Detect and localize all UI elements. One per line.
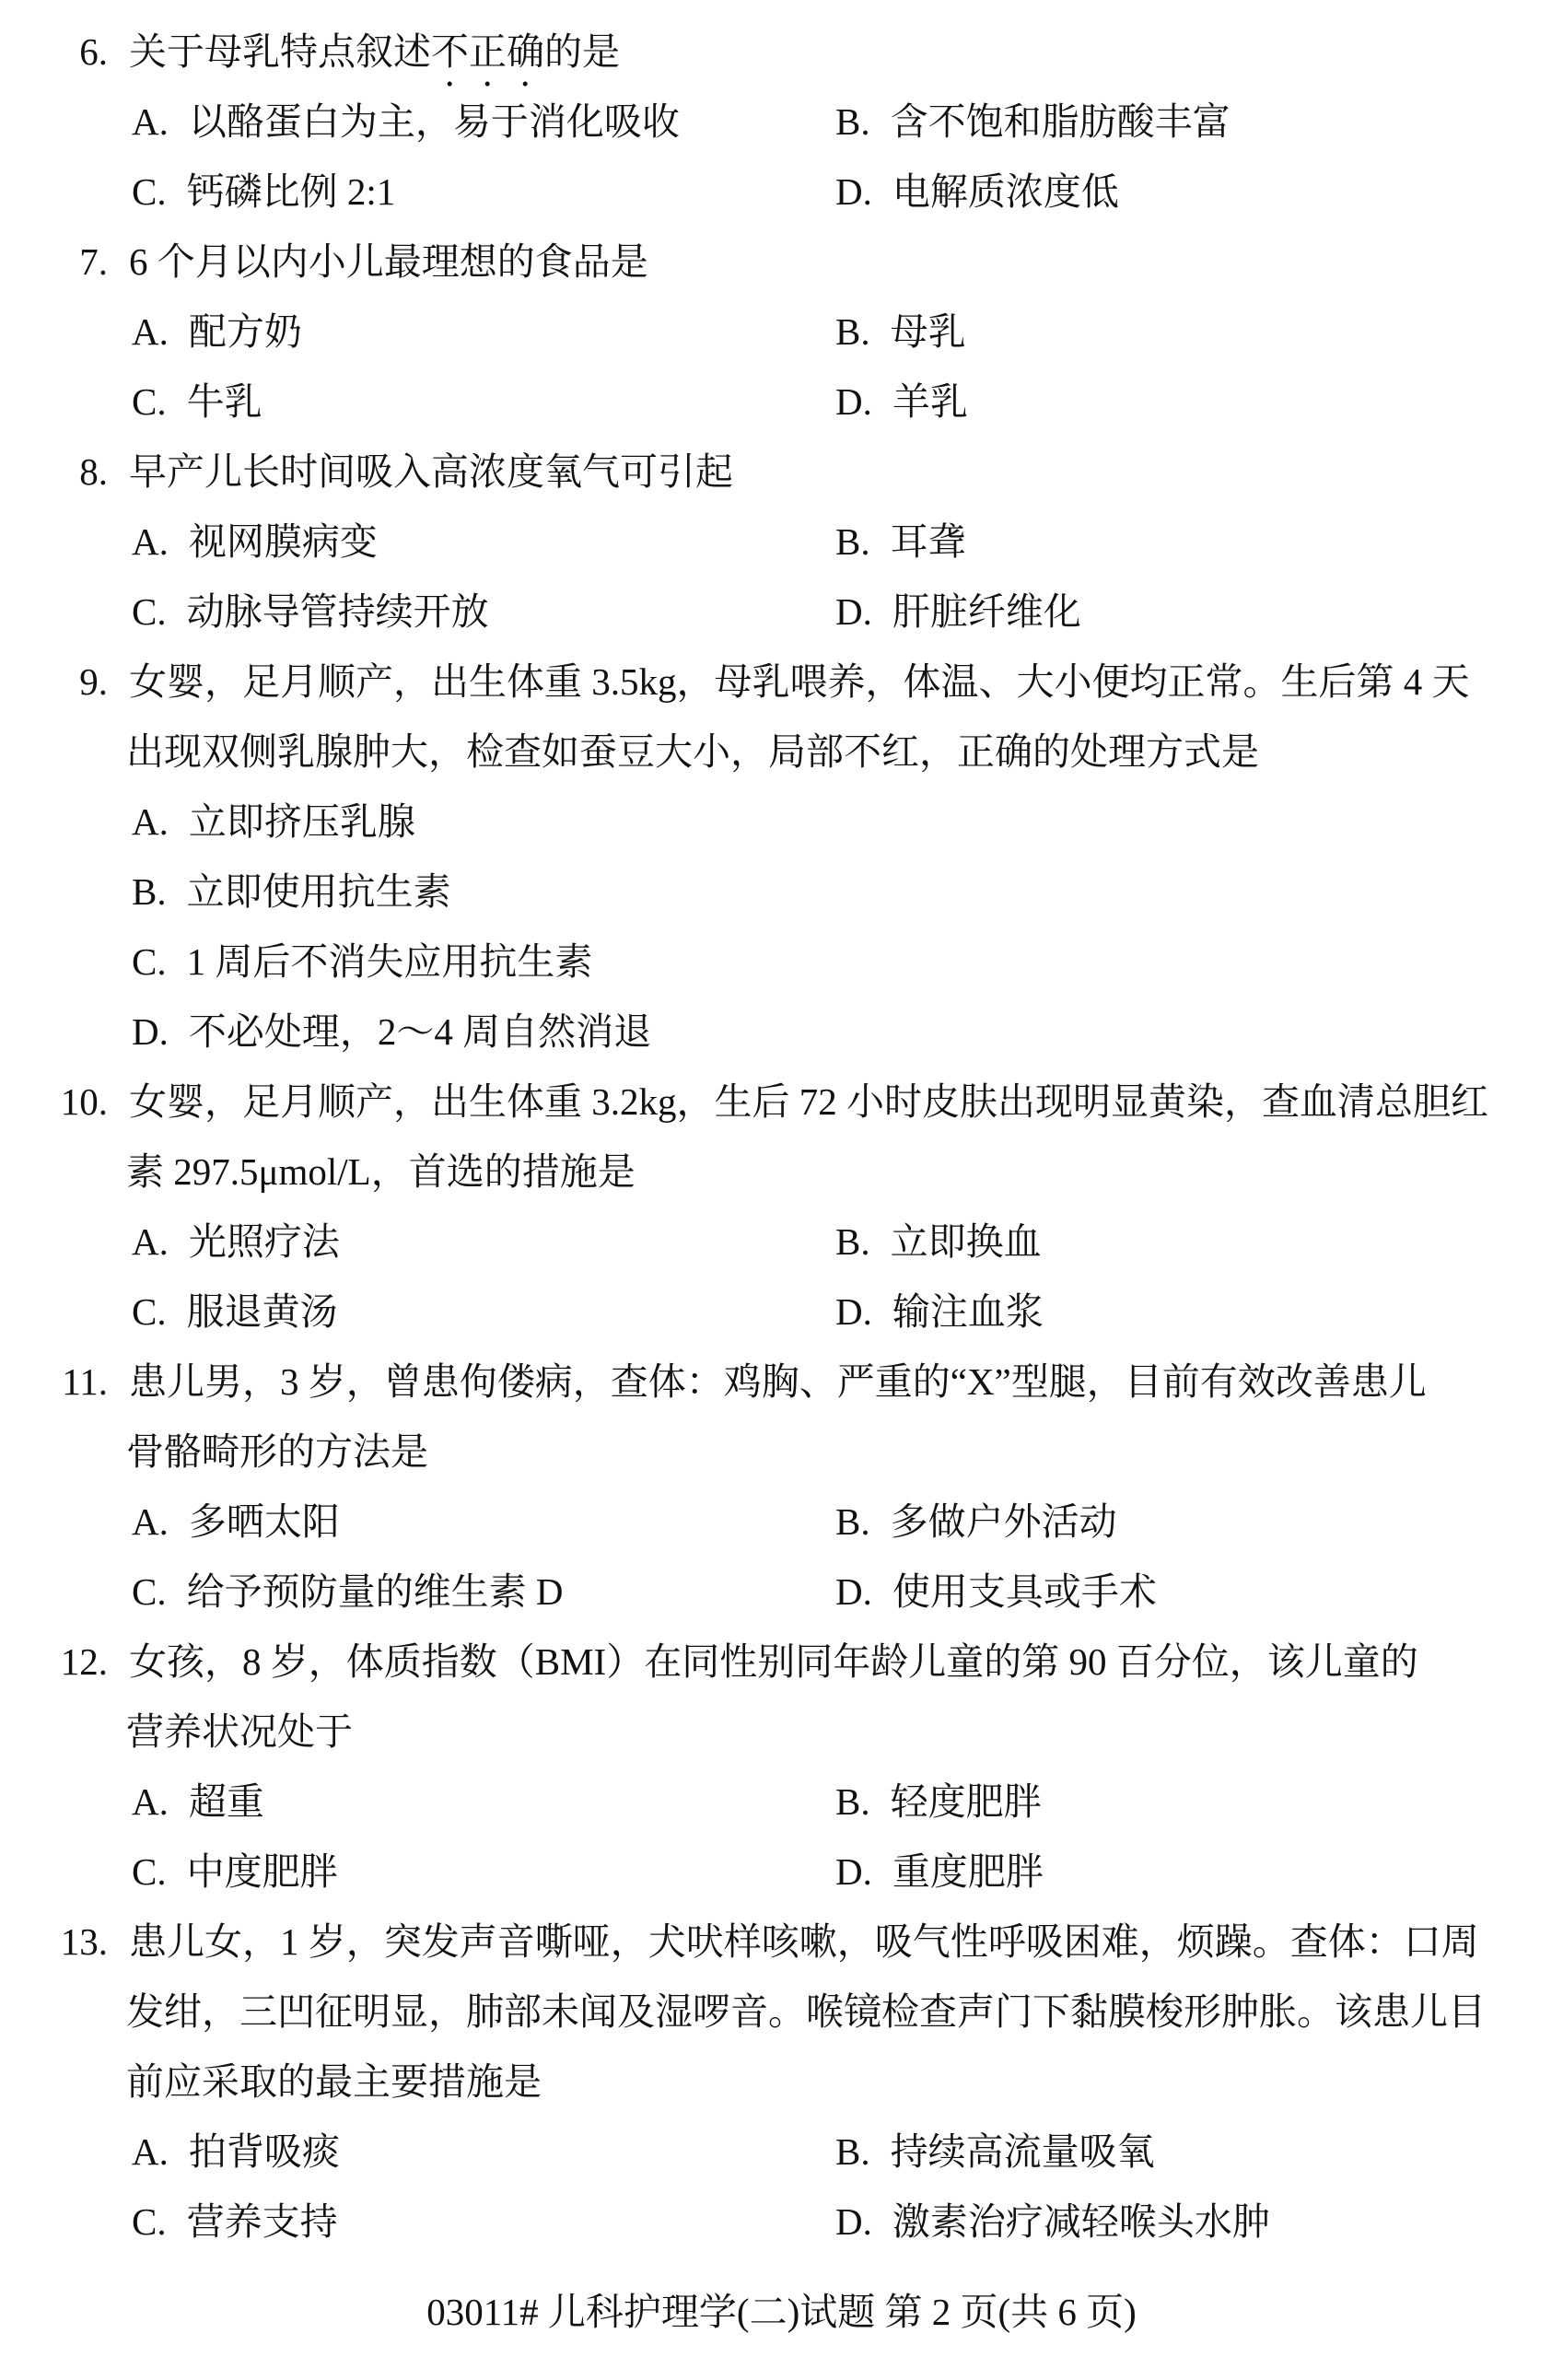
q8-option-b: B.耳聋 (835, 507, 966, 577)
question-10: 10. 女婴，足月顺产，出生体重 3.2kg，生后 72 小时皮肤出现明显黄染，… (0, 1067, 1563, 1347)
option-text: 服退黄汤 (187, 1290, 338, 1333)
q6-options-row-cd: C.钙磷比例 2:1 D.电解质浓度低 (0, 157, 1563, 227)
question-stem: 女婴，足月顺产，出生体重 3.5kg，母乳喂养，体温、大小便均正常。生后第 4 … (129, 660, 1470, 703)
q12-options-row-ab: A.超重 B.轻度肥胖 (0, 1767, 1563, 1837)
option-label: B. (835, 507, 870, 577)
option-text: 视网膜病变 (189, 520, 378, 563)
q12-stem-line: 12. 女孩，8 岁，体质指数（BMI）在同性别同年龄儿童的第 90 百分位，该… (0, 1627, 1563, 1697)
question-7: 7. 6 个月以内小儿最理想的食品是 A.配方奶 B.母乳 C.牛乳 D.羊乳 (0, 227, 1563, 437)
q10-option-b: B.立即换血 (835, 1207, 1042, 1277)
q8-options-row-ab: A.视网膜病变 B.耳聋 (0, 507, 1563, 577)
q13-option-d: D.激素治疗减轻喉头水肿 (835, 2187, 1270, 2257)
q11-stem-continuation: 骨骼畸形的方法是 (0, 1417, 1563, 1487)
q11-options-row-cd: C.给予预防量的维生素 D D.使用支具或手术 (0, 1557, 1563, 1627)
q11-option-b: B.多做户外活动 (835, 1487, 1117, 1557)
question-8: 8. 早产儿长时间吸入高浓度氧气可引起 A.视网膜病变 B.耳聋 C.动脉导管持… (0, 437, 1563, 647)
option-text: 拍背吸痰 (189, 2130, 340, 2173)
option-text: 多晒太阳 (189, 1500, 340, 1543)
option-text: 输注血浆 (892, 1290, 1044, 1333)
option-text: 母乳 (891, 310, 966, 353)
q9-option-d: D.不必处理，2～4 周自然消退 (0, 997, 1563, 1067)
q10-option-d: D.输注血浆 (835, 1277, 1044, 1347)
option-label: A. (132, 297, 169, 367)
option-text: 含不饱和脂肪酸丰富 (891, 100, 1231, 143)
option-label: C. (132, 927, 167, 997)
question-stem: 发绀，三凹征明显，肺部未闻及湿啰音。喉镜检查声门下黏膜梭形肿胀。该患儿目 (126, 1990, 1486, 2033)
option-label: B. (132, 857, 167, 927)
q13-options-row-ab: A.拍背吸痰 B.持续高流量吸氧 (0, 2117, 1563, 2187)
option-label: C. (132, 2187, 167, 2257)
option-text: 牛乳 (187, 380, 262, 423)
q9-option-c: C.1 周后不消失应用抗生素 (0, 927, 1563, 997)
q9-stem-line: 9. 女婴，足月顺产，出生体重 3.5kg，母乳喂养，体温、大小便均正常。生后第… (0, 647, 1563, 717)
option-label: A. (132, 787, 169, 857)
q8-option-a: A.视网膜病变 (132, 507, 835, 577)
q9-option-b-content: B.立即使用抗生素 (132, 857, 451, 927)
q7-options-row-cd: C.牛乳 D.羊乳 (0, 367, 1563, 437)
question-number: 6. (0, 17, 108, 87)
q6-option-a: A.以酪蛋白为主，易于消化吸收 (132, 87, 835, 157)
question-number: 9. (0, 647, 108, 717)
q9-option-b: B.立即使用抗生素 (0, 857, 1563, 927)
q12-options-row-cd: C.中度肥胖 D.重度肥胖 (0, 1837, 1563, 1907)
question-number: 7. (0, 227, 108, 297)
option-text: 1 周后不消失应用抗生素 (187, 940, 593, 983)
option-label: B. (835, 87, 870, 157)
q8-options-row-cd: C.动脉导管持续开放 D.肝脏纤维化 (0, 577, 1563, 647)
q13-stem-continuation: 前应采取的最主要措施是 (0, 2047, 1563, 2117)
exam-page: 6. 关于母乳特点叙述不正确的是 A.以酪蛋白为主，易于消化吸收 B.含不饱和脂… (0, 0, 1563, 2347)
option-text: 配方奶 (189, 310, 302, 353)
option-label: B. (835, 1487, 870, 1557)
q12-option-d: D.重度肥胖 (835, 1837, 1044, 1907)
option-label: D. (835, 1557, 872, 1627)
q12-option-c: C.中度肥胖 (132, 1837, 835, 1907)
q12-stem-continuation: 营养状况处于 (0, 1697, 1563, 1767)
q7-option-b: B.母乳 (835, 297, 966, 367)
option-text: 重度肥胖 (892, 1850, 1044, 1893)
option-label: C. (132, 577, 167, 647)
q7-option-a: A.配方奶 (132, 297, 835, 367)
question-stem: 6 个月以内小儿最理想的食品是 (129, 240, 648, 283)
q13-option-a: A.拍背吸痰 (132, 2117, 835, 2187)
page-footer: 03011# 儿科护理学(二)试题 第 2 页(共 6 页) (0, 2277, 1563, 2347)
option-label: D. (835, 1837, 872, 1907)
option-text: 电解质浓度低 (892, 170, 1119, 213)
emphasized-stem-text: 不正确 (431, 30, 544, 73)
q10-stem-line: 10. 女婴，足月顺产，出生体重 3.2kg，生后 72 小时皮肤出现明显黄染，… (0, 1067, 1563, 1137)
option-label: C. (132, 1277, 167, 1347)
question-stem: 出现双侧乳腺肿大，检查如蚕豆大小，局部不红，正确的处理方式是 (126, 730, 1259, 773)
question-12: 12. 女孩，8 岁，体质指数（BMI）在同性别同年龄儿童的第 90 百分位，该… (0, 1627, 1563, 1907)
q7-stem-line: 7. 6 个月以内小儿最理想的食品是 (0, 227, 1563, 297)
option-label: A. (132, 87, 169, 157)
q13-stem-line: 13. 患儿女，1 岁，突发声音嘶哑，犬吠样咳嗽，吸气性呼吸困难，烦躁。查体：口… (0, 1907, 1563, 1977)
q13-stem-continuation: 发绀，三凹征明显，肺部未闻及湿啰音。喉镜检查声门下黏膜梭形肿胀。该患儿目 (0, 1977, 1563, 2047)
q6-option-b: B.含不饱和脂肪酸丰富 (835, 87, 1231, 157)
q13-option-c: C.营养支持 (132, 2187, 835, 2257)
option-text: 超重 (189, 1780, 264, 1823)
q10-options-row-ab: A.光照疗法 B.立即换血 (0, 1207, 1563, 1277)
option-text: 动脉导管持续开放 (187, 590, 489, 633)
option-text: 给予预防量的维生素 D (187, 1570, 564, 1613)
q11-options-row-ab: A.多晒太阳 B.多做户外活动 (0, 1487, 1563, 1557)
question-stem: 患儿女，1 岁，突发声音嘶哑，犬吠样咳嗽，吸气性呼吸困难，烦躁。查体：口周 (129, 1920, 1479, 1963)
option-text: 不必处理，2～4 周自然消退 (189, 1010, 651, 1053)
question-11: 11. 患儿男，3 岁，曾患佝偻病，查体：鸡胸、严重的“X”型腿，目前有效改善患… (0, 1347, 1563, 1627)
question-stem: 女孩，8 岁，体质指数（BMI）在同性别同年龄儿童的第 90 百分位，该儿童的 (129, 1640, 1418, 1683)
q10-options-row-cd: C.服退黄汤 D.输注血浆 (0, 1277, 1563, 1347)
q7-option-c: C.牛乳 (132, 367, 835, 437)
question-stem: 前应采取的最主要措施是 (126, 2060, 542, 2103)
q11-option-a: A.多晒太阳 (132, 1487, 835, 1557)
question-number: 8. (0, 437, 108, 507)
question-stem: 女婴，足月顺产，出生体重 3.2kg，生后 72 小时皮肤出现明显黄染，查血清总… (129, 1080, 1488, 1123)
question-stem: 骨骼畸形的方法是 (126, 1430, 428, 1473)
option-label: D. (132, 997, 169, 1067)
option-label: C. (132, 1557, 167, 1627)
question-number: 13. (0, 1907, 108, 1977)
option-label: C. (132, 157, 167, 227)
option-label: D. (835, 577, 872, 647)
option-label: B. (835, 1767, 870, 1837)
q10-stem-continuation: 素 297.5μmol/L，首选的措施是 (0, 1137, 1563, 1207)
q12-option-a: A.超重 (132, 1767, 835, 1837)
q6-option-d: D.电解质浓度低 (835, 157, 1119, 227)
option-label: A. (132, 1207, 169, 1277)
q9-option-a-content: A.立即挤压乳腺 (132, 787, 415, 857)
q12-option-b: B.轻度肥胖 (835, 1767, 1042, 1837)
question-number: 11. (0, 1347, 108, 1417)
q6-option-c: C.钙磷比例 2:1 (132, 157, 835, 227)
q13-options-row-cd: C.营养支持 D.激素治疗减轻喉头水肿 (0, 2187, 1563, 2257)
option-text: 光照疗法 (189, 1220, 340, 1263)
stem-text: 关于母乳特点叙述 (129, 30, 431, 73)
q9-option-c-content: C.1 周后不消失应用抗生素 (132, 927, 592, 997)
question-stem: 素 297.5μmol/L，首选的措施是 (126, 1150, 636, 1193)
q8-option-c: C.动脉导管持续开放 (132, 577, 835, 647)
option-label: A. (132, 2117, 169, 2187)
option-text: 羊乳 (892, 380, 968, 423)
option-text: 中度肥胖 (187, 1850, 338, 1893)
option-text: 耳聋 (891, 520, 966, 563)
option-text: 持续高流量吸氧 (891, 2130, 1155, 2173)
option-text: 立即挤压乳腺 (189, 800, 415, 843)
option-label: A. (132, 1487, 169, 1557)
q9-stem-continuation: 出现双侧乳腺肿大，检查如蚕豆大小，局部不红，正确的处理方式是 (0, 717, 1563, 787)
option-text: 肝脏纤维化 (892, 590, 1081, 633)
option-text: 钙磷比例 2:1 (187, 170, 396, 213)
option-text: 营养支持 (187, 2200, 338, 2243)
question-number: 10. (0, 1067, 108, 1137)
question-stem: 患儿男，3 岁，曾患佝偻病，查体：鸡胸、严重的“X”型腿，目前有效改善患儿 (129, 1360, 1427, 1403)
option-label: B. (835, 2117, 870, 2187)
option-label: B. (835, 1207, 870, 1277)
option-label: D. (835, 367, 872, 437)
option-text: 激素治疗减轻喉头水肿 (892, 2200, 1270, 2243)
option-text: 使用支具或手术 (892, 1570, 1157, 1613)
q8-option-d: D.肝脏纤维化 (835, 577, 1081, 647)
option-label: D. (835, 1277, 872, 1347)
q7-options-row-ab: A.配方奶 B.母乳 (0, 297, 1563, 367)
question-13: 13. 患儿女，1 岁，突发声音嘶哑，犬吠样咳嗽，吸气性呼吸困难，烦躁。查体：口… (0, 1907, 1563, 2257)
option-label: C. (132, 367, 167, 437)
question-6: 6. 关于母乳特点叙述不正确的是 A.以酪蛋白为主，易于消化吸收 B.含不饱和脂… (0, 17, 1563, 227)
q6-options-row-ab: A.以酪蛋白为主，易于消化吸收 B.含不饱和脂肪酸丰富 (0, 87, 1563, 157)
q7-option-d: D.羊乳 (835, 367, 968, 437)
question-stem: 营养状况处于 (126, 1710, 353, 1753)
option-label: A. (132, 1767, 169, 1837)
option-text: 轻度肥胖 (891, 1780, 1042, 1823)
q13-option-b: B.持续高流量吸氧 (835, 2117, 1155, 2187)
option-label: D. (835, 2187, 872, 2257)
option-label: B. (835, 297, 870, 367)
q11-stem-line: 11. 患儿男，3 岁，曾患佝偻病，查体：鸡胸、严重的“X”型腿，目前有效改善患… (0, 1347, 1563, 1417)
option-text: 多做户外活动 (891, 1500, 1117, 1543)
question-9: 9. 女婴，足月顺产，出生体重 3.5kg，母乳喂养，体温、大小便均正常。生后第… (0, 647, 1563, 1067)
question-number: 12. (0, 1627, 108, 1697)
q10-option-c: C.服退黄汤 (132, 1277, 835, 1347)
option-text: 立即换血 (891, 1220, 1042, 1263)
q11-option-c: C.给予预防量的维生素 D (132, 1557, 835, 1627)
q6-stem-line: 6. 关于母乳特点叙述不正确的是 (0, 17, 1563, 87)
stem-text: 的是 (544, 30, 620, 73)
option-text: 立即使用抗生素 (187, 870, 451, 913)
q10-option-a: A.光照疗法 (132, 1207, 835, 1277)
option-label: D. (835, 157, 872, 227)
option-label: C. (132, 1837, 167, 1907)
question-stem: 早产儿长时间吸入高浓度氧气可引起 (129, 450, 733, 493)
q8-stem-line: 8. 早产儿长时间吸入高浓度氧气可引起 (0, 437, 1563, 507)
q11-option-d: D.使用支具或手术 (835, 1557, 1157, 1627)
option-label: A. (132, 507, 169, 577)
q9-option-a: A.立即挤压乳腺 (0, 787, 1563, 857)
q9-option-d-content: D.不必处理，2～4 周自然消退 (132, 997, 651, 1067)
option-text: 以酪蛋白为主，易于消化吸收 (189, 100, 680, 143)
question-stem: 关于母乳特点叙述不正确的是 (129, 30, 620, 73)
